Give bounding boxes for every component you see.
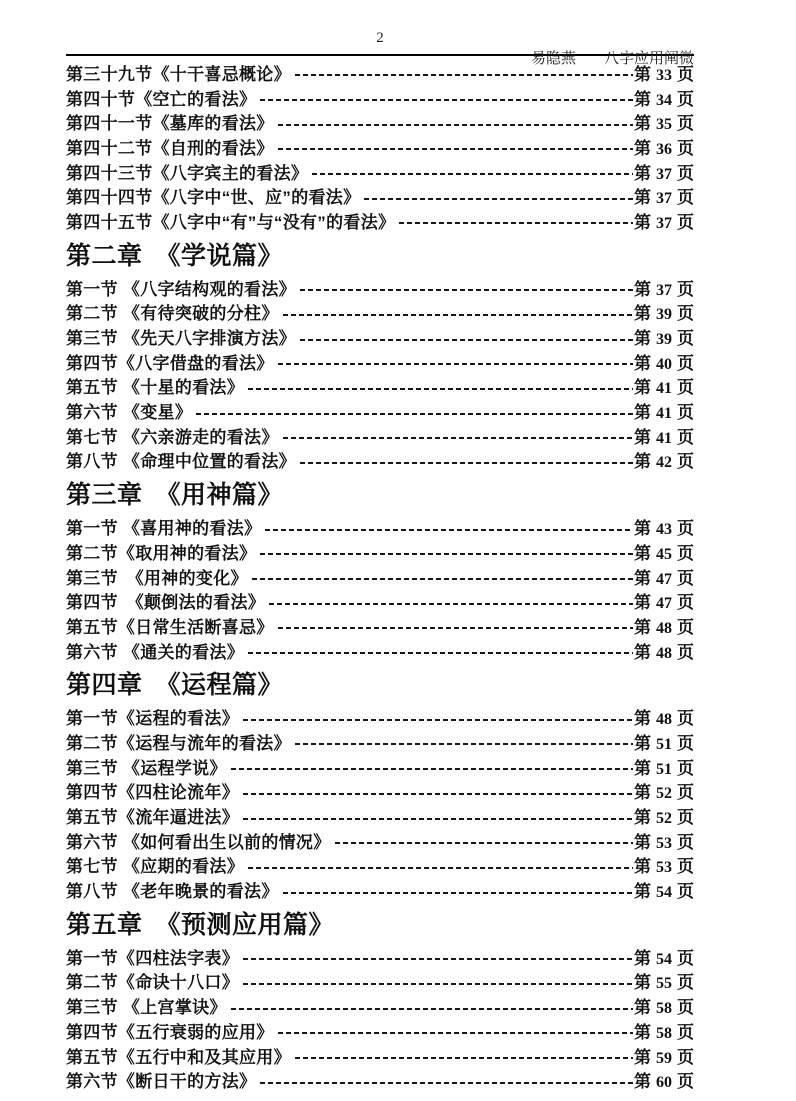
page-suffix-label: 页 xyxy=(677,544,694,563)
page-number-value: 52 xyxy=(656,785,672,802)
page-prefix-label: 第 xyxy=(634,808,651,827)
page-suffix-label: 页 xyxy=(677,593,694,612)
dashed-leader xyxy=(283,314,633,316)
toc-entry-page: 第35页 xyxy=(634,109,694,134)
page-prefix-label: 第 xyxy=(634,378,651,397)
page-suffix-label: 页 xyxy=(677,304,694,323)
toc-entry-title: 第五节《五行中和及其应用》 xyxy=(66,1043,291,1068)
page-suffix-label: 页 xyxy=(677,833,694,852)
page-suffix-label: 页 xyxy=(677,90,694,109)
toc-entry-title: 第四节《五行衰弱的应用》 xyxy=(66,1018,274,1043)
page-prefix-label: 第 xyxy=(634,949,651,968)
page-number-value: 51 xyxy=(656,736,672,753)
dashed-leader xyxy=(278,627,633,629)
dashed-leader xyxy=(295,1057,633,1059)
toc-entry-title: 第三十九节《十干喜忌概论》 xyxy=(66,60,291,85)
page-suffix-label: 页 xyxy=(677,734,694,753)
page-suffix-label: 页 xyxy=(677,783,694,802)
page-number-value: 43 xyxy=(656,521,672,538)
toc-entry-title: 第一节《四柱法字表》 xyxy=(66,944,239,969)
page-number-value: 58 xyxy=(656,1025,672,1042)
page-suffix-label: 页 xyxy=(677,808,694,827)
toc-entry-page: 第39页 xyxy=(634,324,694,349)
page-number-value: 47 xyxy=(656,571,672,588)
toc-list: 第三十九节《十干喜忌概论》 第33页 第四十节《空亡的看法》 第34页 第四十一… xyxy=(66,60,694,1092)
page-suffix-label: 页 xyxy=(677,949,694,968)
dashed-leader xyxy=(300,289,633,291)
toc-entry-page: 第53页 xyxy=(634,852,694,877)
dashed-leader xyxy=(248,388,633,390)
page-number-value: 39 xyxy=(656,331,672,348)
toc-entry-row: 第一节 《喜用神的看法》 第43页 xyxy=(66,514,694,539)
page-suffix-label: 页 xyxy=(677,569,694,588)
page-prefix-label: 第 xyxy=(634,354,651,373)
toc-entry-page: 第41页 xyxy=(634,423,694,448)
toc-entry-row: 第三节 《运程学说》 第51页 xyxy=(66,754,694,779)
page-suffix-label: 页 xyxy=(677,882,694,901)
toc-entry-title: 第六节 《通关的看法》 xyxy=(66,638,244,663)
toc-entry-row: 第五节《日常生活断喜忌》 第48页 xyxy=(66,613,694,638)
dashed-leader xyxy=(260,553,633,555)
toc-entry-row: 第一节 《八字结构观的看法》 第37页 xyxy=(66,275,694,300)
page-number-value: 39 xyxy=(656,306,672,323)
toc-entry-page: 第58页 xyxy=(634,993,694,1018)
page-number-value: 55 xyxy=(656,975,672,992)
toc-entry-row: 第四十三节《八字宾主的看法》 第37页 xyxy=(66,159,694,184)
toc-entry-page: 第54页 xyxy=(634,944,694,969)
page-number-value: 53 xyxy=(656,835,672,852)
page-number-value: 48 xyxy=(656,711,672,728)
chapter-heading: 第五章 《预测应用篇》 xyxy=(66,910,694,940)
toc-entry-page: 第43页 xyxy=(634,514,694,539)
toc-entry-title: 第一节 《八字结构观的看法》 xyxy=(66,275,296,300)
toc-entry-page: 第48页 xyxy=(634,638,694,663)
toc-entry-title: 第七节 《六亲游走的看法》 xyxy=(66,423,279,448)
page-prefix-label: 第 xyxy=(634,403,651,422)
toc-entry-page: 第60页 xyxy=(634,1067,694,1092)
dashed-leader xyxy=(243,793,633,795)
dashed-leader xyxy=(248,652,633,654)
page-prefix-label: 第 xyxy=(634,544,651,563)
page-suffix-label: 页 xyxy=(677,998,694,1017)
page-prefix-label: 第 xyxy=(634,90,651,109)
toc-entry-row: 第四节《五行衰弱的应用》 第58页 xyxy=(66,1018,694,1043)
page-suffix-label: 页 xyxy=(677,164,694,183)
page-number-value: 58 xyxy=(656,1000,672,1017)
page-suffix-label: 页 xyxy=(677,759,694,778)
dashed-leader xyxy=(260,99,633,101)
chapter-heading: 第三章 《用神篇》 xyxy=(66,480,694,510)
page-prefix-label: 第 xyxy=(634,114,651,133)
toc-entry-row: 第八节 《命理中位置的看法》 第42页 xyxy=(66,448,694,473)
toc-entry-row: 第一节《四柱法字表》 第54页 xyxy=(66,944,694,969)
dashed-leader xyxy=(243,958,633,960)
page-suffix-label: 页 xyxy=(677,452,694,471)
page-number-value: 37 xyxy=(656,166,672,183)
page-prefix-label: 第 xyxy=(634,1048,651,1067)
page-prefix-label: 第 xyxy=(634,164,651,183)
page-header: 2 易隐燕八字应用阐微 xyxy=(66,30,694,52)
dashed-leader xyxy=(231,768,633,770)
dashed-leader xyxy=(295,74,633,76)
page-suffix-label: 页 xyxy=(677,428,694,447)
toc-entry-title: 第三节 《用神的变化》 xyxy=(66,564,248,589)
toc-entry-page: 第37页 xyxy=(634,208,694,233)
page-number-value: 42 xyxy=(656,454,672,471)
dashed-leader xyxy=(243,818,633,820)
toc-entry-page: 第58页 xyxy=(634,1018,694,1043)
page-number-value: 45 xyxy=(656,546,672,563)
toc-entry-page: 第41页 xyxy=(634,373,694,398)
dashed-leader xyxy=(364,198,633,200)
page-prefix-label: 第 xyxy=(634,759,651,778)
toc-entry-title: 第六节《断日干的方法》 xyxy=(66,1067,256,1092)
toc-entry-page: 第47页 xyxy=(634,588,694,613)
toc-entry-title: 第四十一节《墓库的看法》 xyxy=(66,109,274,134)
toc-entry-page: 第37页 xyxy=(634,183,694,208)
toc-entry-row: 第二节《命诀十八口》 第55页 xyxy=(66,969,694,994)
dashed-leader xyxy=(335,842,633,844)
page-suffix-label: 页 xyxy=(677,973,694,992)
toc-entry-title: 第四十五节《八字中“有”与“没有”的看法》 xyxy=(66,208,395,233)
toc-entry-page: 第55页 xyxy=(634,968,694,993)
toc-entry-row: 第三节 《先天八字排演方法》 第39页 xyxy=(66,324,694,349)
header-running-title: 易隐燕八字应用阐微 xyxy=(501,30,694,85)
page-prefix-label: 第 xyxy=(634,593,651,612)
toc-entry-title: 第四节 《颠倒法的看法》 xyxy=(66,588,265,613)
toc-entry-page: 第51页 xyxy=(634,729,694,754)
dashed-leader xyxy=(260,1082,633,1084)
toc-entry-row: 第一节《运程的看法》 第48页 xyxy=(66,704,694,729)
dashed-leader xyxy=(278,363,633,365)
page-number-value: 35 xyxy=(656,116,672,133)
toc-entry-row: 第三节 《用神的变化》 第47页 xyxy=(66,564,694,589)
page-number-value: 41 xyxy=(656,405,672,422)
page-number-value: 54 xyxy=(656,884,672,901)
page-prefix-label: 第 xyxy=(634,452,651,471)
toc-entry-page: 第34页 xyxy=(634,85,694,110)
dashed-leader xyxy=(283,892,633,894)
page-prefix-label: 第 xyxy=(634,734,651,753)
toc-entry-page: 第40页 xyxy=(634,349,694,374)
toc-entry-title: 第四十二节《自刑的看法》 xyxy=(66,134,274,159)
toc-entry-row: 第四节《四柱论流年》 第52页 xyxy=(66,779,694,804)
dashed-leader xyxy=(243,719,633,721)
page-number-value: 48 xyxy=(656,620,672,637)
toc-entry-row: 第七节 《六亲游走的看法》 第41页 xyxy=(66,423,694,448)
page-suffix-label: 页 xyxy=(677,403,694,422)
toc-entry-row: 第六节 《变星》 第41页 xyxy=(66,398,694,423)
dashed-leader xyxy=(283,437,633,439)
toc-entry-title: 第五节《日常生活断喜忌》 xyxy=(66,613,274,638)
toc-entry-title: 第五节《流年逼进法》 xyxy=(66,803,239,828)
page-number-value: 40 xyxy=(656,356,672,373)
dashed-leader xyxy=(252,578,633,580)
toc-entry-page: 第39页 xyxy=(634,299,694,324)
page-prefix-label: 第 xyxy=(634,1072,651,1091)
toc-entry-title: 第八节 《命理中位置的看法》 xyxy=(66,447,296,472)
page-content: 2 易隐燕八字应用阐微 第三十九节《十干喜忌概论》 第33页 第四十节《空亡的看… xyxy=(66,30,694,1092)
page-number-value: 41 xyxy=(656,430,672,447)
toc-entry-page: 第47页 xyxy=(634,564,694,589)
toc-entry-title: 第四十四节《八字中“世、应”的看法》 xyxy=(66,183,360,208)
chapter-heading: 第四章 《运程篇》 xyxy=(66,670,694,700)
page-prefix-label: 第 xyxy=(634,709,651,728)
page-suffix-label: 页 xyxy=(677,114,694,133)
toc-entry-page: 第45页 xyxy=(634,539,694,564)
page-number-value: 52 xyxy=(656,810,672,827)
toc-entry-row: 第五节《五行中和及其应用》 第59页 xyxy=(66,1043,694,1068)
toc-entry-title: 第三节 《运程学说》 xyxy=(66,754,227,779)
toc-entry-title: 第六节 《如何看出生以前的情况》 xyxy=(66,828,331,853)
page-prefix-label: 第 xyxy=(634,428,651,447)
toc-entry-row: 第四十四节《八字中“世、应”的看法》 第37页 xyxy=(66,183,694,208)
page-suffix-label: 页 xyxy=(677,618,694,637)
header-author: 易隐燕 xyxy=(531,51,576,67)
page-suffix-label: 页 xyxy=(677,643,694,662)
dashed-leader xyxy=(300,339,633,341)
page-suffix-label: 页 xyxy=(677,857,694,876)
toc-entry-title: 第二节 《有待突破的分柱》 xyxy=(66,299,279,324)
page-number-value: 41 xyxy=(656,380,672,397)
toc-page: 2 易隐燕八字应用阐微 第三十九节《十干喜忌概论》 第33页 第四十节《空亡的看… xyxy=(0,0,796,1101)
page-prefix-label: 第 xyxy=(634,833,651,852)
toc-entry-page: 第42页 xyxy=(634,447,694,472)
dashed-leader xyxy=(399,222,633,224)
toc-entry-row: 第五节《流年逼进法》 第52页 xyxy=(66,803,694,828)
toc-entry-row: 第四十二节《自刑的看法》 第36页 xyxy=(66,134,694,159)
page-prefix-label: 第 xyxy=(634,1023,651,1042)
page-prefix-label: 第 xyxy=(634,139,651,158)
toc-entry-title: 第六节 《变星》 xyxy=(66,398,192,423)
toc-entry-row: 第二节 《有待突破的分柱》 第39页 xyxy=(66,300,694,325)
page-number-value: 48 xyxy=(656,645,672,662)
dashed-leader xyxy=(243,983,633,985)
toc-entry-row: 第二节《运程与流年的看法》 第51页 xyxy=(66,729,694,754)
page-number-value: 37 xyxy=(656,282,672,299)
chapter-heading: 第二章 《学说篇》 xyxy=(66,241,694,271)
dashed-leader xyxy=(231,1008,633,1010)
toc-entry-row: 第四节 《颠倒法的看法》 第47页 xyxy=(66,588,694,613)
page-prefix-label: 第 xyxy=(634,973,651,992)
toc-entry-row: 第四节《八字借盘的看法》 第40页 xyxy=(66,349,694,374)
header-book-title: 八字应用阐微 xyxy=(604,51,694,67)
toc-entry-title: 第二节《命诀十八口》 xyxy=(66,968,239,993)
page-suffix-label: 页 xyxy=(677,280,694,299)
page-prefix-label: 第 xyxy=(634,213,651,232)
toc-entry-page: 第51页 xyxy=(634,754,694,779)
toc-entry-page: 第59页 xyxy=(634,1043,694,1068)
page-prefix-label: 第 xyxy=(634,569,651,588)
page-suffix-label: 页 xyxy=(677,139,694,158)
page-suffix-label: 页 xyxy=(677,709,694,728)
page-suffix-label: 页 xyxy=(677,1023,694,1042)
page-suffix-label: 页 xyxy=(677,213,694,232)
dashed-leader xyxy=(265,529,633,531)
page-suffix-label: 页 xyxy=(677,354,694,373)
toc-entry-title: 第四十三节《八字宾主的看法》 xyxy=(66,159,308,184)
page-number-value: 54 xyxy=(656,951,672,968)
toc-entry-title: 第八节 《老年晚景的看法》 xyxy=(66,877,279,902)
page-prefix-label: 第 xyxy=(634,882,651,901)
page-suffix-label: 页 xyxy=(677,519,694,538)
page-prefix-label: 第 xyxy=(634,280,651,299)
dashed-leader xyxy=(278,1032,633,1034)
toc-entry-row: 第六节 《如何看出生以前的情况》 第53页 xyxy=(66,828,694,853)
page-prefix-label: 第 xyxy=(634,519,651,538)
toc-entry-row: 第三节 《上宫掌诀》 第58页 xyxy=(66,993,694,1018)
dashed-leader xyxy=(312,173,633,175)
toc-entry-title: 第二节《运程与流年的看法》 xyxy=(66,729,291,754)
toc-entry-row: 第八节 《老年晚景的看法》 第54页 xyxy=(66,877,694,902)
page-suffix-label: 页 xyxy=(677,1072,694,1091)
toc-entry-page: 第52页 xyxy=(634,803,694,828)
toc-entry-page: 第36页 xyxy=(634,134,694,159)
toc-entry-row: 第五节 《十星的看法》 第41页 xyxy=(66,374,694,399)
page-prefix-label: 第 xyxy=(634,618,651,637)
toc-entry-title: 第四节《八字借盘的看法》 xyxy=(66,349,274,374)
dashed-leader xyxy=(248,867,633,869)
page-prefix-label: 第 xyxy=(634,329,651,348)
page-number-value: 36 xyxy=(656,141,672,158)
dashed-leader xyxy=(278,124,633,126)
toc-entry-title: 第四十节《空亡的看法》 xyxy=(66,85,256,110)
toc-entry-title: 第四节《四柱论流年》 xyxy=(66,778,239,803)
toc-entry-row: 第四十一节《墓库的看法》 第35页 xyxy=(66,109,694,134)
toc-entry-row: 第四十五节《八字中“有”与“没有”的看法》 第37页 xyxy=(66,208,694,233)
toc-entry-page: 第48页 xyxy=(634,613,694,638)
toc-entry-page: 第52页 xyxy=(634,778,694,803)
toc-entry-title: 第一节《运程的看法》 xyxy=(66,704,239,729)
toc-entry-title: 第二节《取用神的看法》 xyxy=(66,539,256,564)
dashed-leader xyxy=(300,462,633,464)
page-prefix-label: 第 xyxy=(634,783,651,802)
page-prefix-label: 第 xyxy=(634,188,651,207)
dashed-leader xyxy=(196,413,633,415)
dashed-leader xyxy=(278,148,633,150)
toc-entry-title: 第七节 《应期的看法》 xyxy=(66,852,244,877)
toc-entry-title: 第一节 《喜用神的看法》 xyxy=(66,514,261,539)
page-number-value: 59 xyxy=(656,1050,672,1067)
page-suffix-label: 页 xyxy=(677,1048,694,1067)
toc-entry-page: 第37页 xyxy=(634,275,694,300)
page-prefix-label: 第 xyxy=(634,998,651,1017)
toc-entry-page: 第53页 xyxy=(634,828,694,853)
page-number-value: 53 xyxy=(656,859,672,876)
page-number-value: 51 xyxy=(656,761,672,778)
page-prefix-label: 第 xyxy=(634,857,651,876)
header-page-number: 2 xyxy=(376,30,384,47)
toc-entry-row: 第六节 《通关的看法》 第48页 xyxy=(66,638,694,663)
page-number-value: 34 xyxy=(656,92,672,109)
page-suffix-label: 页 xyxy=(677,329,694,348)
toc-entry-page: 第54页 xyxy=(634,877,694,902)
toc-entry-page: 第41页 xyxy=(634,398,694,423)
toc-entry-title: 第三节 《先天八字排演方法》 xyxy=(66,324,296,349)
toc-entry-page: 第48页 xyxy=(634,704,694,729)
toc-entry-row: 第四十节《空亡的看法》 第34页 xyxy=(66,85,694,110)
toc-entry-title: 第五节 《十星的看法》 xyxy=(66,373,244,398)
page-number-value: 37 xyxy=(656,190,672,207)
toc-entry-row: 第二节《取用神的看法》 第45页 xyxy=(66,539,694,564)
page-suffix-label: 页 xyxy=(677,378,694,397)
toc-entry-title: 第三节 《上宫掌诀》 xyxy=(66,993,227,1018)
page-number-value: 47 xyxy=(656,595,672,612)
dashed-leader xyxy=(295,743,633,745)
page-prefix-label: 第 xyxy=(634,643,651,662)
page-number-value: 60 xyxy=(656,1074,672,1091)
page-prefix-label: 第 xyxy=(634,304,651,323)
toc-entry-row: 第七节 《应期的看法》 第53页 xyxy=(66,853,694,878)
dashed-leader xyxy=(269,603,633,605)
toc-entry-row: 第六节《断日干的方法》 第60页 xyxy=(66,1067,694,1092)
page-number-value: 37 xyxy=(656,215,672,232)
page-suffix-label: 页 xyxy=(677,188,694,207)
toc-entry-page: 第37页 xyxy=(634,159,694,184)
